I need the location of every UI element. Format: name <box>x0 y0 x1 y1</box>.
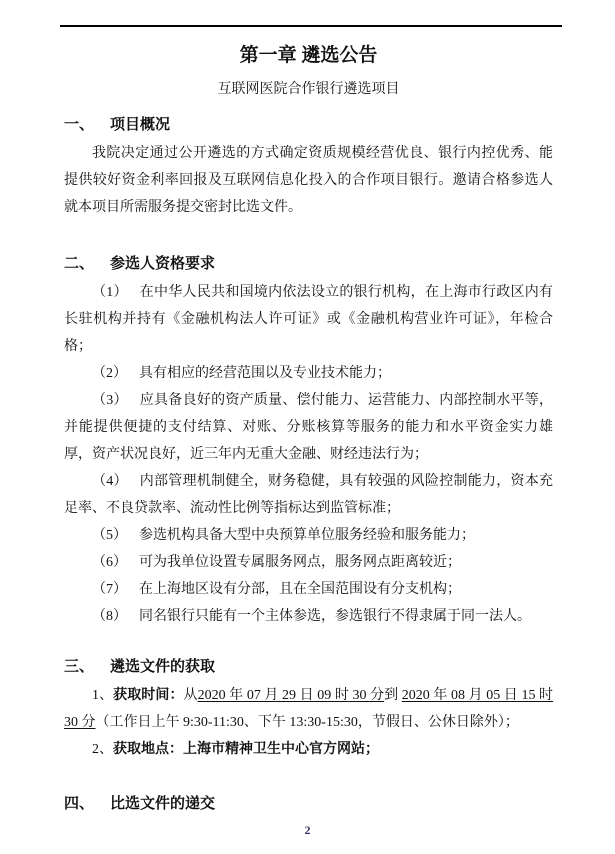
project-subtitle: 互联网医院合作银行遴选项目 <box>64 80 553 100</box>
time-note: （工作日上午 9:30-11:30、下午 13:30-15:30，节假日、公休日… <box>96 715 519 730</box>
item-text: 在中华人民共和国境内依法设立的银行机构，在上海市行政区内有长驻机构并持有《金融机… <box>64 285 553 354</box>
section-title: 项目概况 <box>110 117 170 133</box>
item-number: （7） <box>92 582 127 597</box>
time-label: 获取时间： <box>113 688 183 703</box>
document-page: 第一章 遴选公告 互联网医院合作银行遴选项目 一、项目概况 我院决定通过公开遴选… <box>0 0 615 854</box>
section-title: 遴选文件的获取 <box>110 659 215 675</box>
section-heading-2: 二、参选人资格要求 <box>64 253 553 275</box>
item-number: （1） <box>92 285 128 300</box>
place-label: 获取地点： <box>113 742 183 757</box>
item-text: 参选机构具备大型中央预算单位服务经验和服务能力； <box>139 528 475 543</box>
section-number: 一、 <box>64 114 110 136</box>
section-number: 二、 <box>64 253 110 275</box>
item-number: （6） <box>92 555 127 570</box>
section-title: 比选文件的递交 <box>110 796 215 812</box>
section-heading-4: 四、比选文件的递交 <box>64 793 553 815</box>
item-number: （3） <box>92 393 128 408</box>
qualification-item-2: （2）具有相应的经营范围以及专业技术能力； <box>64 360 553 387</box>
section-number: 四、 <box>64 793 110 815</box>
qualification-item-3: （3）应具备良好的资产质量、偿付能力、运营能力、内部控制水平等，并能提供便捷的支… <box>64 387 553 468</box>
project-overview-paragraph: 我院决定通过公开遴选的方式确定资质规模经营优良、银行内控优秀、能提供较好资金利率… <box>64 140 553 221</box>
section-title: 参选人资格要求 <box>110 256 215 272</box>
chapter-title: 第一章 遴选公告 <box>64 42 553 70</box>
item-number: （5） <box>92 528 127 543</box>
qualification-item-6: （6）可为我单位设置专属服务网点，服务网点距离较近； <box>64 549 553 576</box>
qualification-item-8: （8）同名银行只能有一个主体参选，参选银行不得隶属于同一法人。 <box>64 603 553 630</box>
item-number: （2） <box>92 366 127 381</box>
page-number: 2 <box>0 823 615 838</box>
item-text: 内部管理机制健全，财务稳健，具有较强的风险控制能力，资本充足率、不良贷款率、流动… <box>64 474 553 516</box>
section-heading-1: 一、项目概况 <box>64 114 553 136</box>
item-number: 1、 <box>92 688 113 703</box>
start-datetime: 2020 年 07 月 29 日 09 时 30 分 <box>198 688 385 703</box>
item-text: 可为我单位设置专属服务网点，服务网点距离较近； <box>139 555 461 570</box>
qualification-items: （1）在中华人民共和国境内依法设立的银行机构，在上海市行政区内有长驻机构并持有《… <box>64 279 553 630</box>
document-content: 第一章 遴选公告 互联网医院合作银行遴选项目 一、项目概况 我院决定通过公开遴选… <box>0 0 615 815</box>
qualification-item-7: （7）在上海地区设有分部，且在全国范围设有分支机构； <box>64 576 553 603</box>
acquisition-place-line: 2、获取地点：上海市精神卫生中心官方网站； <box>64 736 553 763</box>
qualification-item-4: （4）内部管理机制健全，财务稳健，具有较强的风险控制能力，资本充足率、不良贷款率… <box>64 468 553 522</box>
item-text: 同名银行只能有一个主体参选，参选银行不得隶属于同一法人。 <box>139 609 531 624</box>
section-number: 三、 <box>64 656 110 678</box>
qualification-item-5: （5）参选机构具备大型中央预算单位服务经验和服务能力； <box>64 522 553 549</box>
item-number: （4） <box>92 474 128 489</box>
section-heading-3: 三、遴选文件的获取 <box>64 656 553 678</box>
qualification-item-1: （1）在中华人民共和国境内依法设立的银行机构，在上海市行政区内有长驻机构并持有《… <box>64 279 553 360</box>
item-number: 2、 <box>92 742 113 757</box>
item-text: 具有相应的经营范围以及专业技术能力； <box>139 366 391 381</box>
time-to: 到 <box>384 688 402 703</box>
place-value: 上海市精神卫生中心官方网站； <box>183 742 379 757</box>
acquisition-details: 1、获取时间：从2020 年 07 月 29 日 09 时 30 分到 2020… <box>64 682 553 763</box>
item-number: （8） <box>92 609 127 624</box>
item-text: 在上海地区设有分部，且在全国范围设有分支机构； <box>139 582 461 597</box>
item-text: 应具备良好的资产质量、偿付能力、运营能力、内部控制水平等，并能提供便捷的支付结算… <box>64 393 553 462</box>
time-from: 从 <box>184 688 198 703</box>
acquisition-time-line: 1、获取时间：从2020 年 07 月 29 日 09 时 30 分到 2020… <box>64 682 553 736</box>
